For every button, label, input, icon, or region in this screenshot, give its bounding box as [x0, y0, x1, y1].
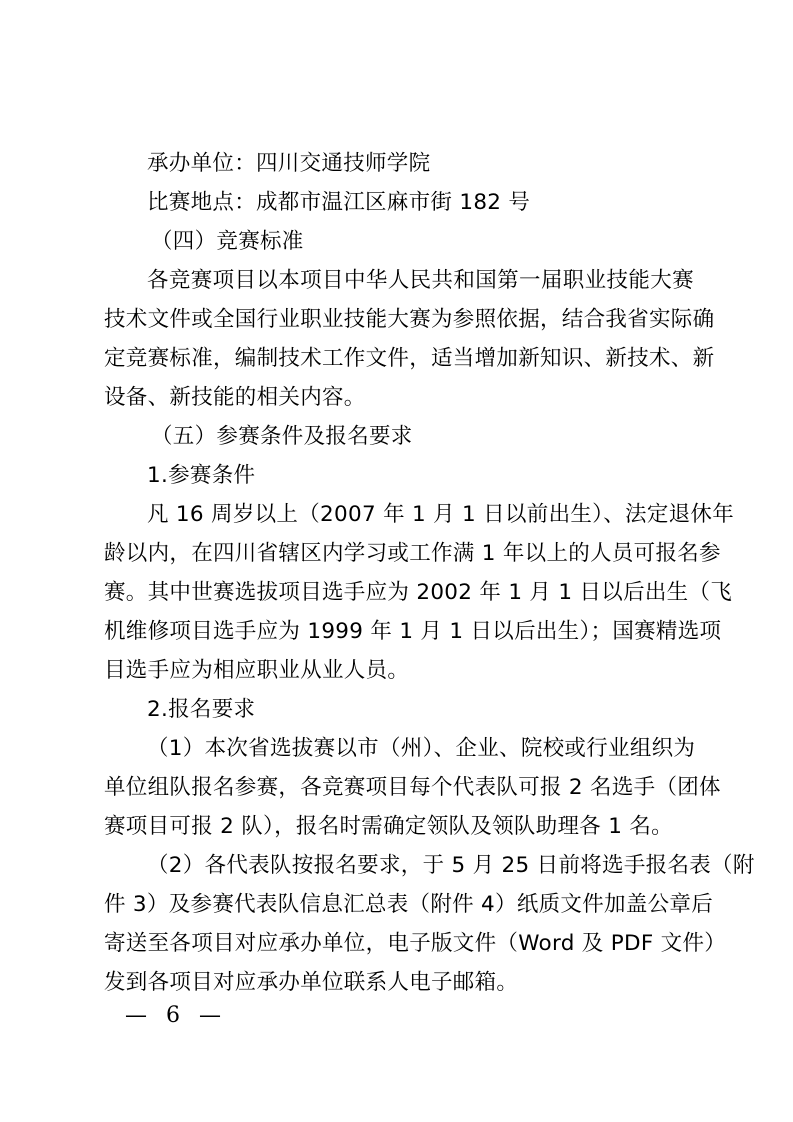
paragraph-registration-2: （2）各代表队按报名要求，于 5 月 25 日前将选手报名表（附 件 3）及参赛…	[104, 846, 694, 1002]
host-unit-line: 承办单位：四川交通技师学院	[104, 144, 694, 183]
paragraph-registration-1: （1）本次省选拔赛以市（州）、企业、院校或行业组织为 单位组队报名参赛，各竞赛项…	[104, 729, 694, 846]
paragraph-line: 寄送至各项目对应承办单位，电子版文件（Word 及 PDF 文件）	[104, 924, 694, 963]
paragraph-line: 赛。其中世赛选拔项目选手应为 2002 年 1 月 1 日以后出生（飞	[104, 573, 694, 612]
page-body: 承办单位：四川交通技师学院 比赛地点：成都市温江区麻市街 182 号 （四）竞赛…	[104, 144, 694, 1002]
paragraph-line: 各竞赛项目以本项目中华人民共和国第一届职业技能大赛	[104, 261, 694, 300]
venue-line: 比赛地点：成都市温江区麻市街 182 号	[104, 183, 694, 222]
paragraph-line: 单位组队报名参赛，各竞赛项目每个代表队可报 2 名选手（团体	[104, 768, 694, 807]
subheading-registration: 2.报名要求	[104, 690, 694, 729]
paragraph-line: 发到各项目对应承办单位联系人电子邮箱。	[104, 963, 694, 1002]
paragraph-line: 技术文件或全国行业职业技能大赛为参照依据，结合我省实际确	[104, 300, 694, 339]
paragraph-line: （1）本次省选拔赛以市（州）、企业、院校或行业组织为	[104, 729, 694, 768]
paragraph-line: （2）各代表队按报名要求，于 5 月 25 日前将选手报名表（附	[104, 846, 694, 885]
paragraph-line: 目选手应为相应职业从业人员。	[104, 651, 694, 690]
paragraph-competition-standard: 各竞赛项目以本项目中华人民共和国第一届职业技能大赛 技术文件或全国行业职业技能大…	[104, 261, 694, 417]
paragraph-line: 龄以内，在四川省辖区内学习或工作满 1 年以上的人员可报名参	[104, 534, 694, 573]
paragraph-line: 机维修项目选手应为 1999 年 1 月 1 日以后出生）；国赛精选项	[104, 612, 694, 651]
paragraph-eligibility: 凡 16 周岁以上（2007 年 1 月 1 日以前出生）、法定退休年 龄以内，…	[104, 495, 694, 690]
page-number: — 6 —	[125, 1003, 227, 1028]
paragraph-line: 赛项目可报 2 队），报名时需确定领队及领队助理各 1 名。	[104, 807, 694, 846]
section-heading-eligibility-registration: （五）参赛条件及报名要求	[104, 417, 694, 456]
subheading-eligibility: 1.参赛条件	[104, 456, 694, 495]
paragraph-line: 凡 16 周岁以上（2007 年 1 月 1 日以前出生）、法定退休年	[104, 495, 694, 534]
paragraph-line: 设备、新技能的相关内容。	[104, 378, 694, 417]
document-page: 承办单位：四川交通技师学院 比赛地点：成都市温江区麻市街 182 号 （四）竞赛…	[0, 0, 793, 1122]
paragraph-line: 定竞赛标准，编制技术工作文件，适当增加新知识、新技术、新	[104, 339, 694, 378]
section-heading-competition-standard: （四）竞赛标准	[104, 222, 694, 261]
paragraph-line: 件 3）及参赛代表队信息汇总表（附件 4）纸质文件加盖公章后	[104, 885, 694, 924]
